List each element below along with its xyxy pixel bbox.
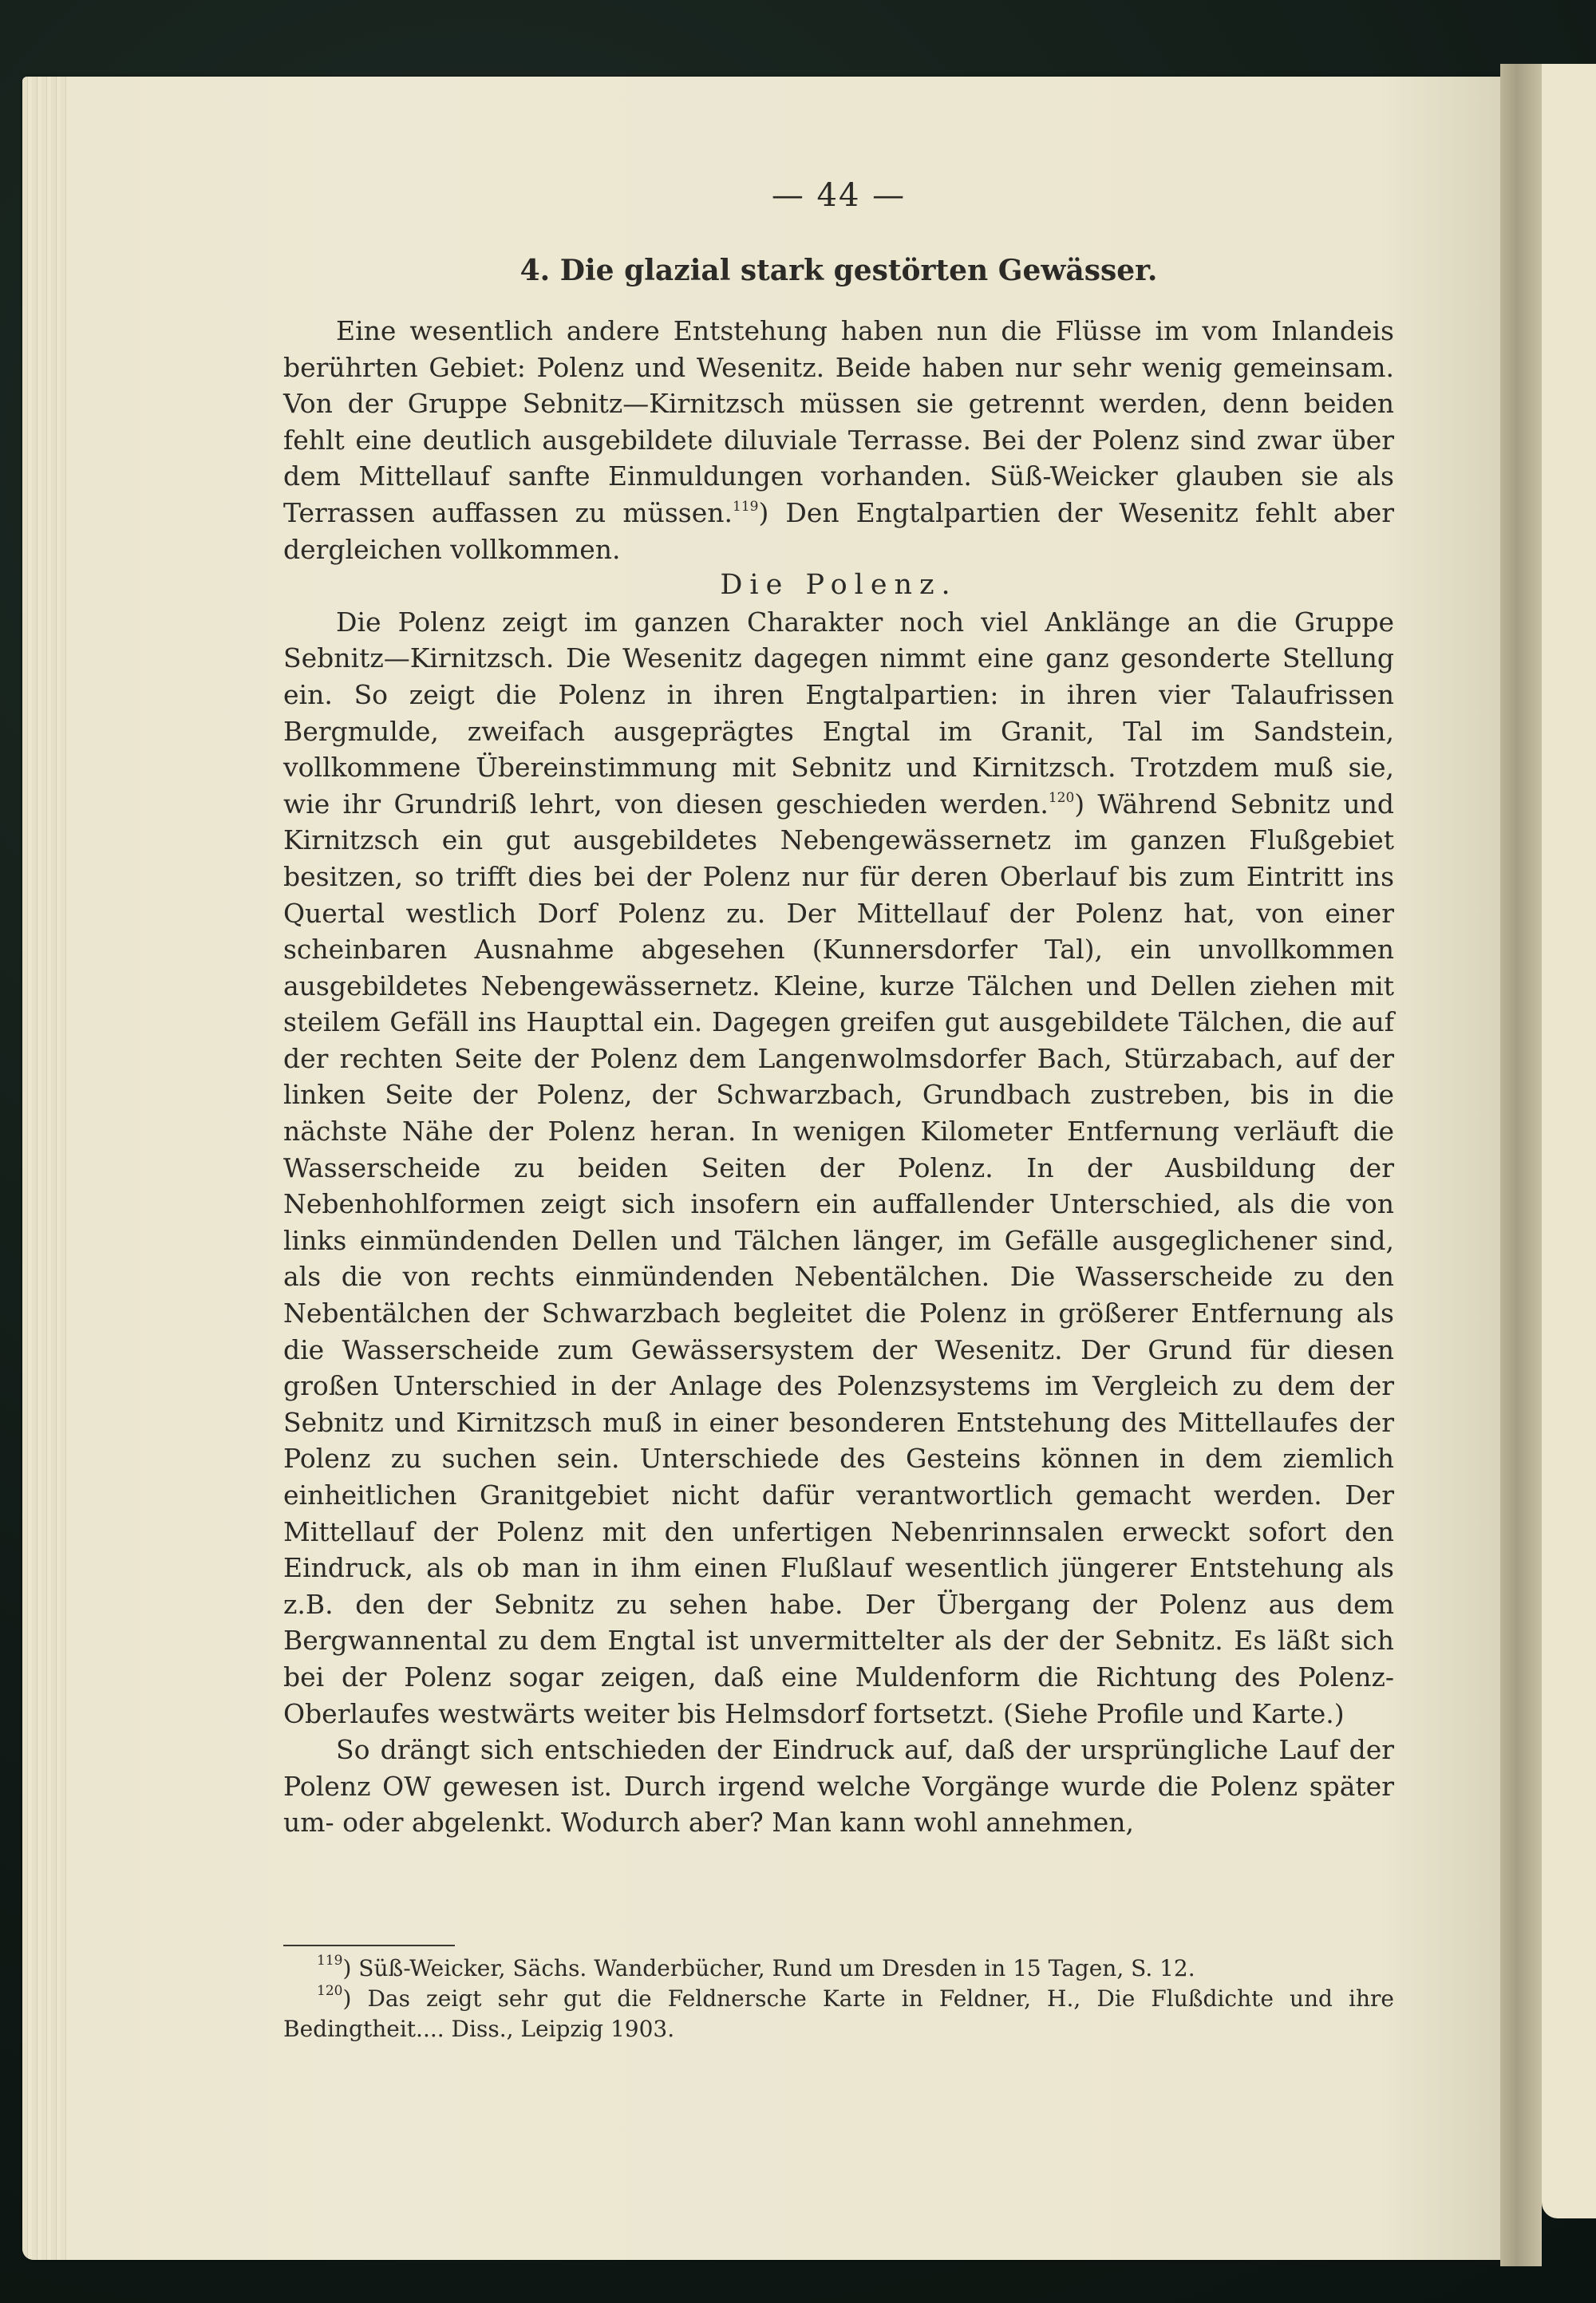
page-number: — 44 — [283, 177, 1394, 214]
footnote-number: 119 [317, 1953, 342, 1969]
footnote-rule [283, 1945, 455, 1946]
body-text: Eine wesentlich andere Entstehung haben … [283, 313, 1394, 1841]
footnote-text: ) Süß-Weicker, Sächs. Wanderbücher, Rund… [342, 1955, 1195, 1981]
footnote-ref-119: 119 [733, 499, 758, 515]
para2-part2: ) Während Sebnitz und Kirnitzsch ein gut… [283, 788, 1394, 1729]
footnote-120: 120) Das zeigt sehr gut die Feldnersche … [283, 1984, 1394, 2044]
paragraph-polenz: Die Polenz zeigt im ganzen Charakter noc… [283, 604, 1394, 1732]
footnote-text: ) Das zeigt sehr gut die Feldnersche Kar… [283, 1985, 1394, 2042]
footnote-number: 120 [317, 1983, 342, 1999]
next-page-edge [1542, 64, 1596, 2218]
footnote-119: 119) Süß-Weicker, Sächs. Wanderbücher, R… [283, 1953, 1394, 1984]
para2-part1: Die Polenz zeigt im ganzen Charakter noc… [283, 606, 1394, 820]
page-edges [22, 77, 70, 2260]
paragraph-intro: Eine wesentlich andere Entstehung haben … [283, 313, 1394, 567]
subheading: Die Polenz. [283, 567, 1394, 604]
footnotes: 119) Süß-Weicker, Sächs. Wanderbücher, R… [283, 1953, 1394, 2044]
section-heading: 4. Die glazial stark gestörten Gewässer. [283, 254, 1394, 287]
footnote-ref-120: 120 [1049, 790, 1074, 806]
intro-text: Eine wesentlich andere Entstehung haben … [283, 315, 1394, 528]
book-gutter [1500, 64, 1542, 2266]
paragraph-conclusion: So drängt sich entschieden der Eindruck … [283, 1732, 1394, 1841]
